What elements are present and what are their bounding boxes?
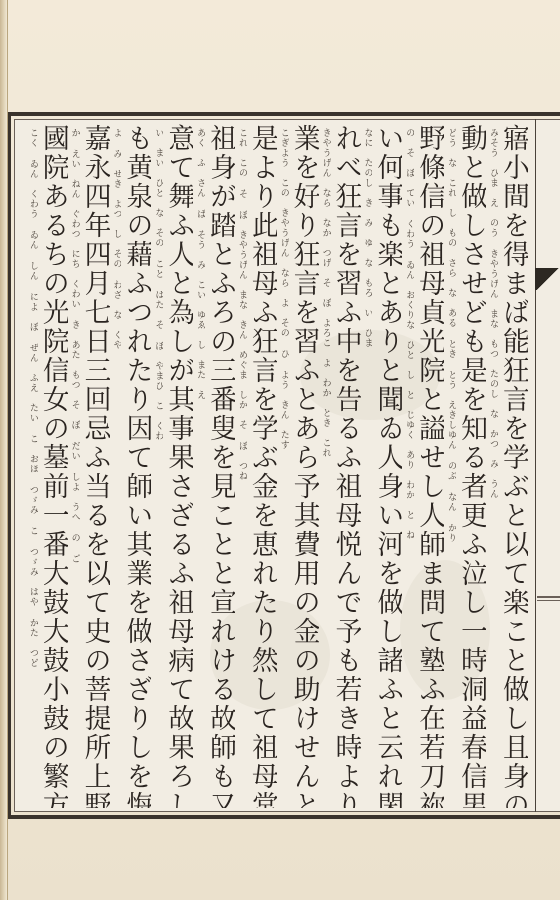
text-column-6: 業を好り狂言を習ふとあら予其費用の金の助けせんとて こぎよう この きやうげん … [277, 124, 319, 808]
column-main-text: 國院あるちの光院信女の墓前一番大鼓大鼓小鼓の繁方と集 [38, 124, 68, 808]
column-furigana: なに たのし き み ゆ な もろ い ひま [361, 124, 372, 812]
center-fold-line [535, 119, 536, 812]
text-column-12: 國院あるちの光院信女の墓前一番大鼓大鼓小鼓の繁方と集 こく ゐん くわう ゐん … [26, 124, 68, 808]
column-furigana: みそう ひま え のう きやうげん まな もつ たのし な かつ み うん [487, 124, 498, 812]
column-furigana: きやうげん なら なか つげ そ ぼ よろこ よ わか とき これ [320, 124, 331, 812]
text-column-8: 祖身が踏とふろの三番叟を見ことと宣れける故師も又得 あく ふ さん ば そう み… [193, 124, 235, 808]
column-main-text: 意て舞ふ人と為しが其事果さざるふ祖母病て故果ろし [163, 124, 193, 808]
column-main-text: 野條信の祖母貞光院と謚せし人師ま問て塾ふ在若刀祢ら [414, 124, 444, 808]
text-column-2: 動と做しさせども是を知る者更ふ泣し一時洞益春信男狩 どう な これ し もの さ… [444, 124, 486, 808]
vertical-text-body: 寤小間を得まば能狂言を学ぶと以て楽こと做し且身の運 みそう ひま え のう きや… [22, 124, 532, 808]
column-furigana: か えい ねん ぐわつ にち くわい き あた もつ そ ぼ だい しよ うへ … [69, 124, 80, 812]
column-furigana: こぎよう この きやうげん なら よ その ひ よう きん たす [278, 124, 289, 812]
column-main-text: 嘉永四年四月七日三回忌ふ当るを以て史の菩提所上野護 [80, 124, 110, 808]
text-column-10: も黄泉の藉ふつれたり因て師い其業を做さざりしを悔し よ み せき よつ し その… [110, 124, 152, 808]
text-column-7: 是より此祖母ふ狂言を学ぶ金を恵れたり然して祖母常ふ これ この そ ぼ きやうげ… [235, 124, 277, 808]
column-furigana: い まい ひと な その こと はた そ ぼ やまひ こ くわ [152, 124, 163, 812]
book-page: 寤小間を得まば能狂言を学ぶと以て楽こと做し且身の運 みそう ひま え のう きや… [0, 0, 560, 900]
gutter-rule [537, 596, 560, 598]
column-main-text: 寤小間を得まば能狂言を学ぶと以て楽こと做し且身の運 [498, 124, 528, 808]
column-main-text: 業を好り狂言を習ふとあら予其費用の金の助けせんとて [289, 124, 319, 808]
column-main-text: れべ狂言を習ふ中を告るふ祖母悦んで予も若き時より此 [331, 124, 361, 808]
text-column-5: れべ狂言を習ふ中を告るふ祖母悦んで予も若き時より此 きやうげん なら なか つげ… [319, 124, 361, 808]
column-furigana: どう な これ し もの さら な ある とき とう えきしゆん のぶ なん か… [445, 124, 456, 812]
column-furigana: あく ふ さん ば そう み こい ゆゑ し また え [194, 124, 205, 812]
column-main-text: も黄泉の藉ふつれたり因て師い其業を做さざりしを悔し [121, 124, 151, 808]
page-left-edge [0, 0, 8, 900]
column-furigana: これ この そ ぼ きやうげん まな きん めぐま しか そ ぼ つね [236, 124, 247, 812]
text-column-1: 寤小間を得まば能狂言を学ぶと以て楽こと做し且身の運 みそう ひま え のう きや… [486, 124, 528, 808]
column-main-text: 祖身が踏とふろの三番叟を見ことと宣れける故師も又得 [205, 124, 235, 808]
fishtail-mark [535, 268, 560, 290]
column-main-text: 動と做しさせども是を知る者更ふ泣し一時洞益春信男狩 [456, 124, 486, 808]
column-main-text: い何事も楽とありと聞ゐ人身い河を做し諸ふと云れ閑お [372, 124, 402, 808]
column-main-text: 是より此祖母ふ狂言を学ぶ金を恵れたり然して祖母常ふ [247, 124, 277, 808]
column-furigana: よ み せき よつ し その わざ な くや [110, 124, 121, 812]
column-furigana: の そ ぼ てい くわう ゐん おくりな ひと し と じゆく あり わか と … [403, 124, 414, 812]
column-furigana: こく ゐん くわう ゐん しん によ ぼ ぜん ふえ たい こ おほ つゞみ こ… [27, 124, 38, 812]
gutter-rule [537, 600, 560, 601]
text-column-3: 野條信の祖母貞光院と謚せし人師ま問て塾ふ在若刀祢ら の そ ぼ てい くわう ゐ… [402, 124, 444, 808]
text-column-4: い何事も楽とありと聞ゐ人身い河を做し諸ふと云れ閑お なに たのし き み ゆ な… [361, 124, 403, 808]
text-column-9: 意て舞ふ人と為しが其事果さざるふ祖母病て故果ろし い まい ひと な その こと… [151, 124, 193, 808]
text-column-11: 嘉永四年四月七日三回忌ふ当るを以て史の菩提所上野護 か えい ねん ぐわつ にち… [68, 124, 110, 808]
